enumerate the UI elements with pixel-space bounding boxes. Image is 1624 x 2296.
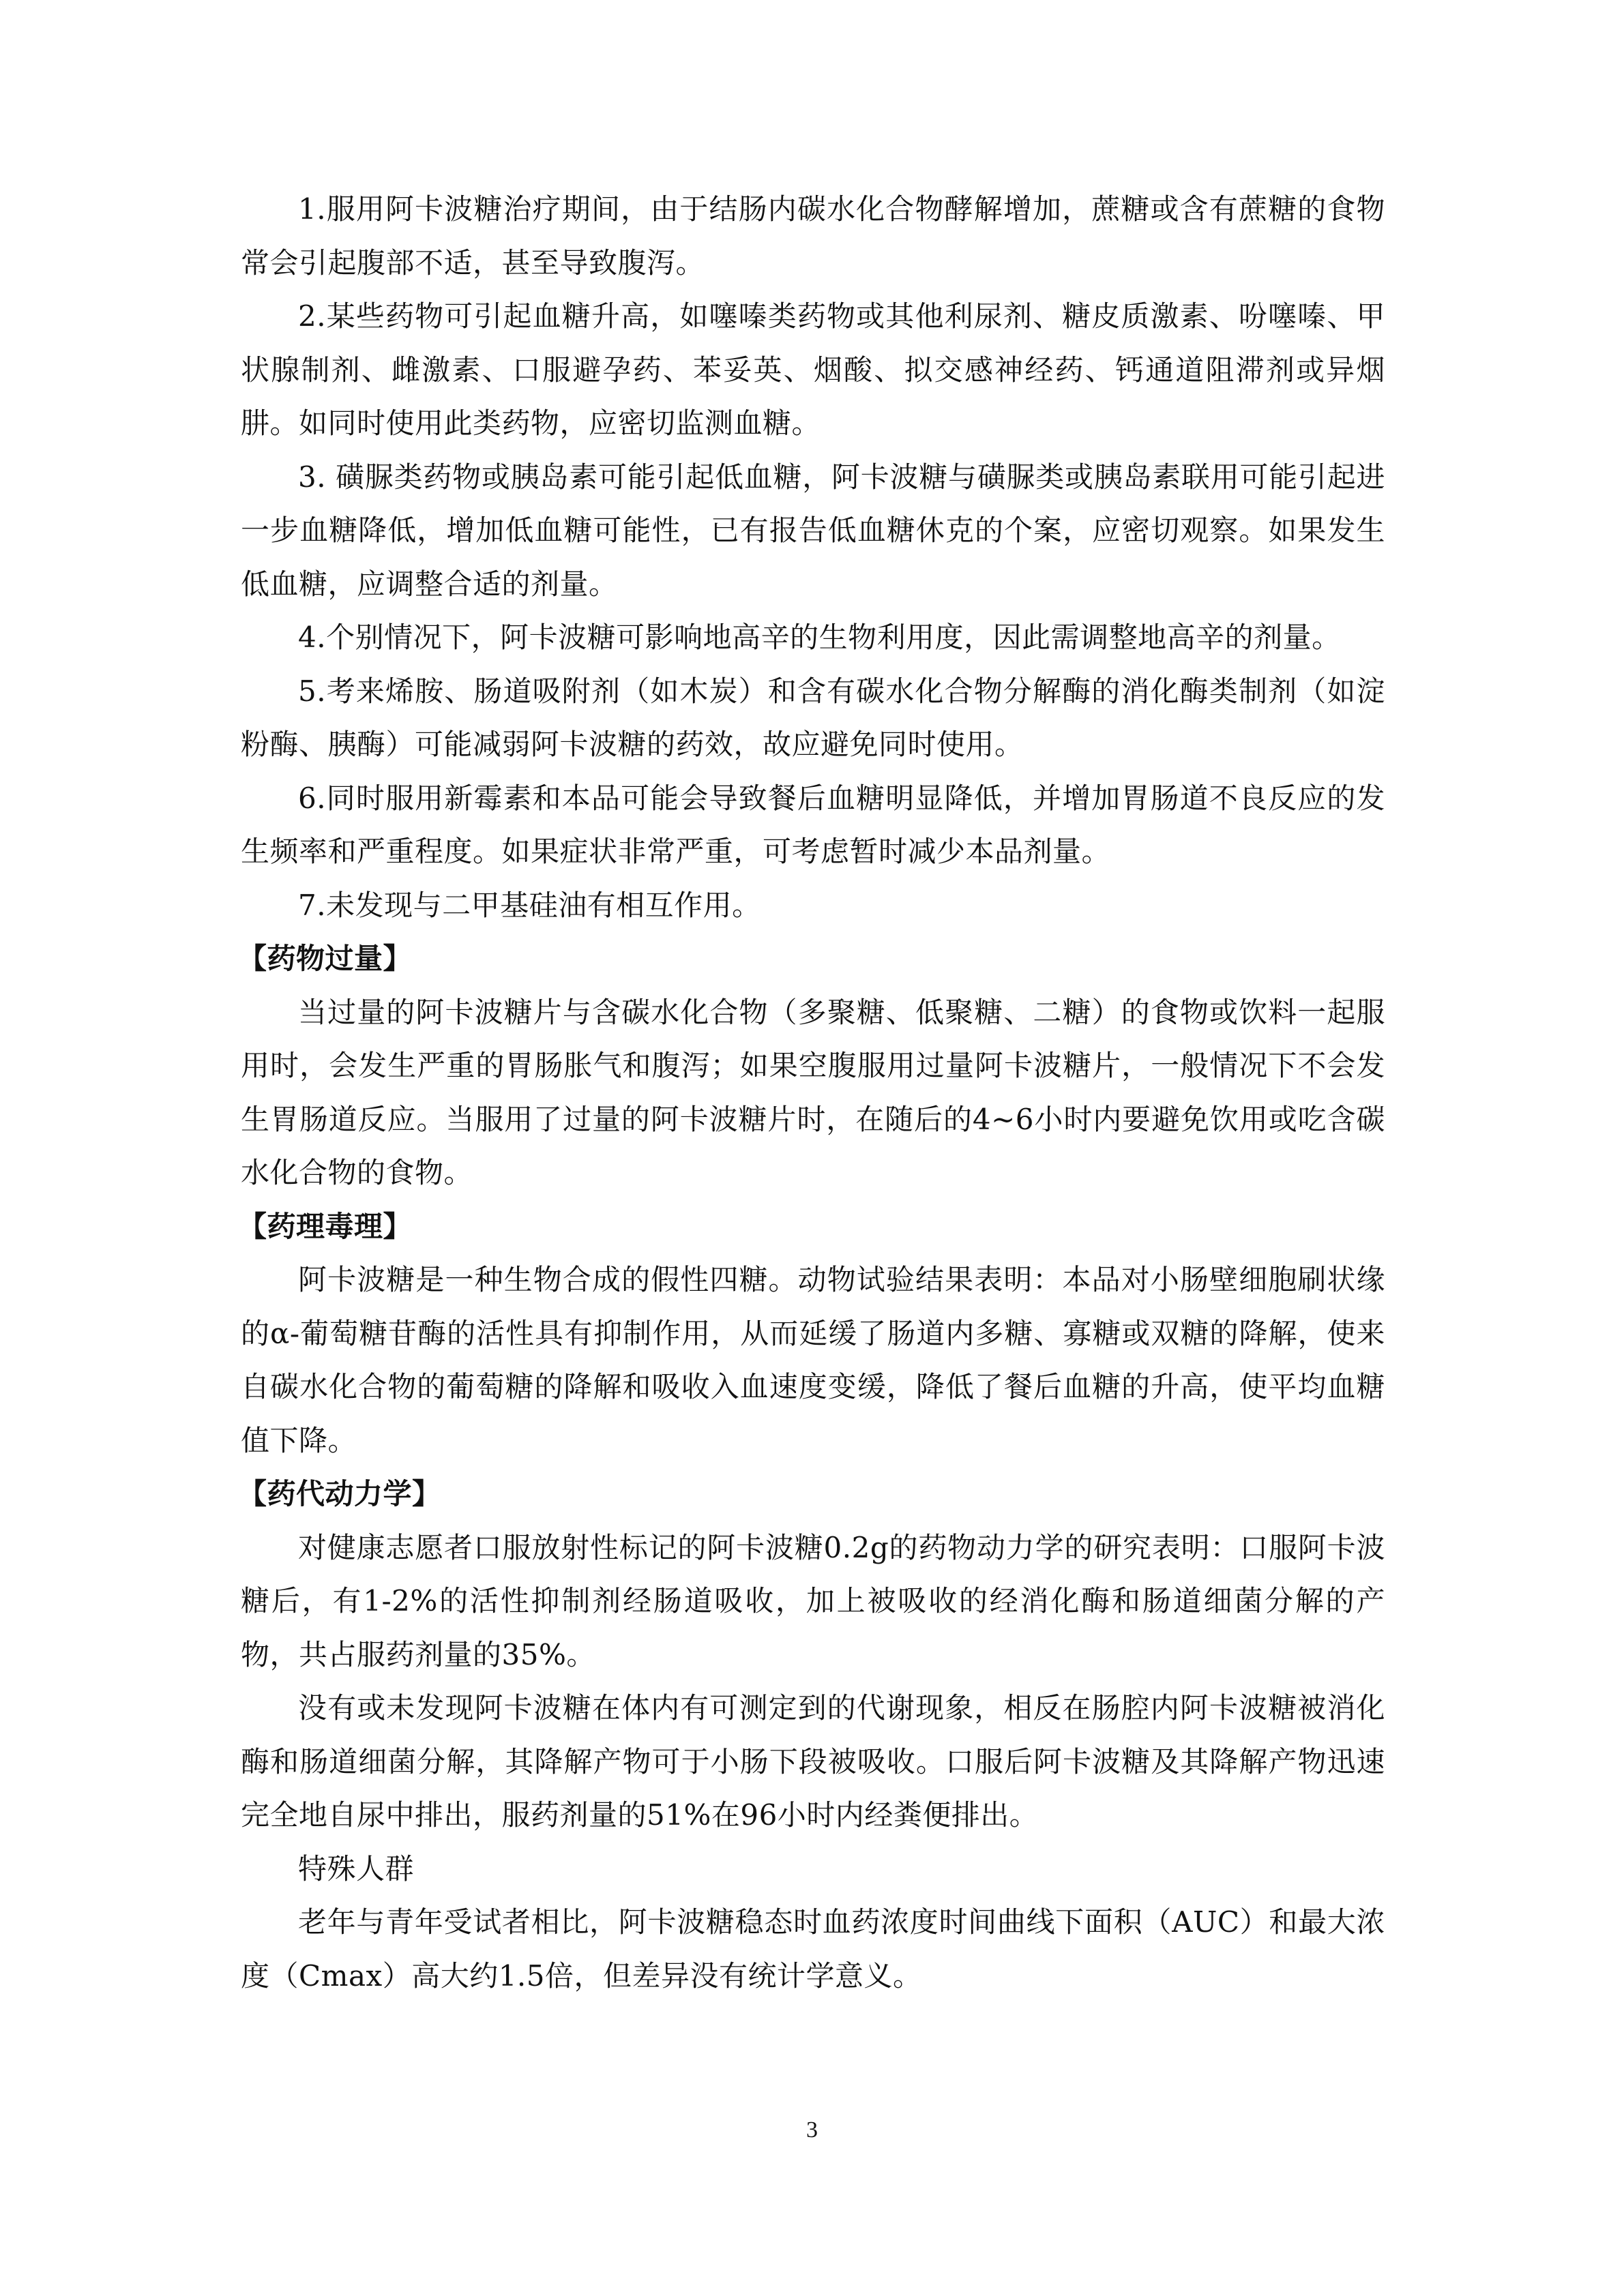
special-populations-subheading: 特殊人群 <box>241 1843 1385 1896</box>
document-page: 1.服用阿卡波糖治疗期间，由于结肠内碳水化合物酵解增加，蔗糖或含有蔗糖的食物常会… <box>241 183 1385 2003</box>
interaction-item-5: 5.考来烯胺、肠道吸附剂（如木炭）和含有碳水化合物分解酶的消化酶类制剂（如淀粉酶… <box>241 665 1385 772</box>
interaction-item-2: 2.某些药物可引起血糖升高，如噻嗪类药物或其他利尿剂、糖皮质激素、吩噻嗪、甲状腺… <box>241 290 1385 451</box>
pharmacology-toxicology-text: 阿卡波糖是一种生物合成的假性四糖。动物试验结果表明：本品对小肠壁细胞刷状缘的α-… <box>241 1253 1385 1467</box>
pharmacology-toxicology-heading: 【药理毒理】 <box>238 1200 1385 1254</box>
pharmacokinetics-section: 【药代动力学】 对健康志愿者口服放射性标记的阿卡波糖0.2g的药物动力学的研究表… <box>241 1467 1385 2003</box>
interaction-item-1: 1.服用阿卡波糖治疗期间，由于结肠内碳水化合物酵解增加，蔗糖或含有蔗糖的食物常会… <box>241 183 1385 290</box>
pharmacokinetics-heading: 【药代动力学】 <box>238 1467 1385 1521</box>
interaction-item-3: 3. 磺脲类药物或胰岛素可能引起低血糖，阿卡波糖与磺脲类或胰岛素联用可能引起进一… <box>241 451 1385 612</box>
overdose-text: 当过量的阿卡波糖片与含碳水化合物（多聚糖、低聚糖、二糖）的食物或饮料一起服用时，… <box>241 986 1385 1200</box>
page-number: 3 <box>0 2117 1624 2144</box>
pharmacology-toxicology-section: 【药理毒理】 阿卡波糖是一种生物合成的假性四糖。动物试验结果表明：本品对小肠壁细… <box>241 1200 1385 1468</box>
overdose-section: 【药物过量】 当过量的阿卡波糖片与含碳水化合物（多聚糖、低聚糖、二糖）的食物或饮… <box>241 932 1385 1200</box>
drug-interactions-section: 1.服用阿卡波糖治疗期间，由于结肠内碳水化合物酵解增加，蔗糖或含有蔗糖的食物常会… <box>241 183 1385 932</box>
pharmacokinetics-paragraph-2: 没有或未发现阿卡波糖在体内有可测定到的代谢现象，相反在肠腔内阿卡波糖被消化酶和肠… <box>241 1682 1385 1843</box>
interaction-item-7: 7.未发现与二甲基硅油有相互作用。 <box>241 879 1385 933</box>
special-populations-text: 老年与青年受试者相比，阿卡波糖稳态时血药浓度时间曲线下面积（AUC）和最大浓度（… <box>241 1896 1385 2003</box>
overdose-heading: 【药物过量】 <box>238 932 1385 986</box>
interaction-item-6: 6.同时服用新霉素和本品可能会导致餐后血糖明显降低，并增加胃肠道不良反应的发生频… <box>241 772 1385 879</box>
interaction-item-4: 4.个别情况下，阿卡波糖可影响地高辛的生物利用度，因此需调整地高辛的剂量。 <box>241 611 1385 665</box>
pharmacokinetics-paragraph-1: 对健康志愿者口服放射性标记的阿卡波糖0.2g的药物动力学的研究表明：口服阿卡波糖… <box>241 1521 1385 1682</box>
